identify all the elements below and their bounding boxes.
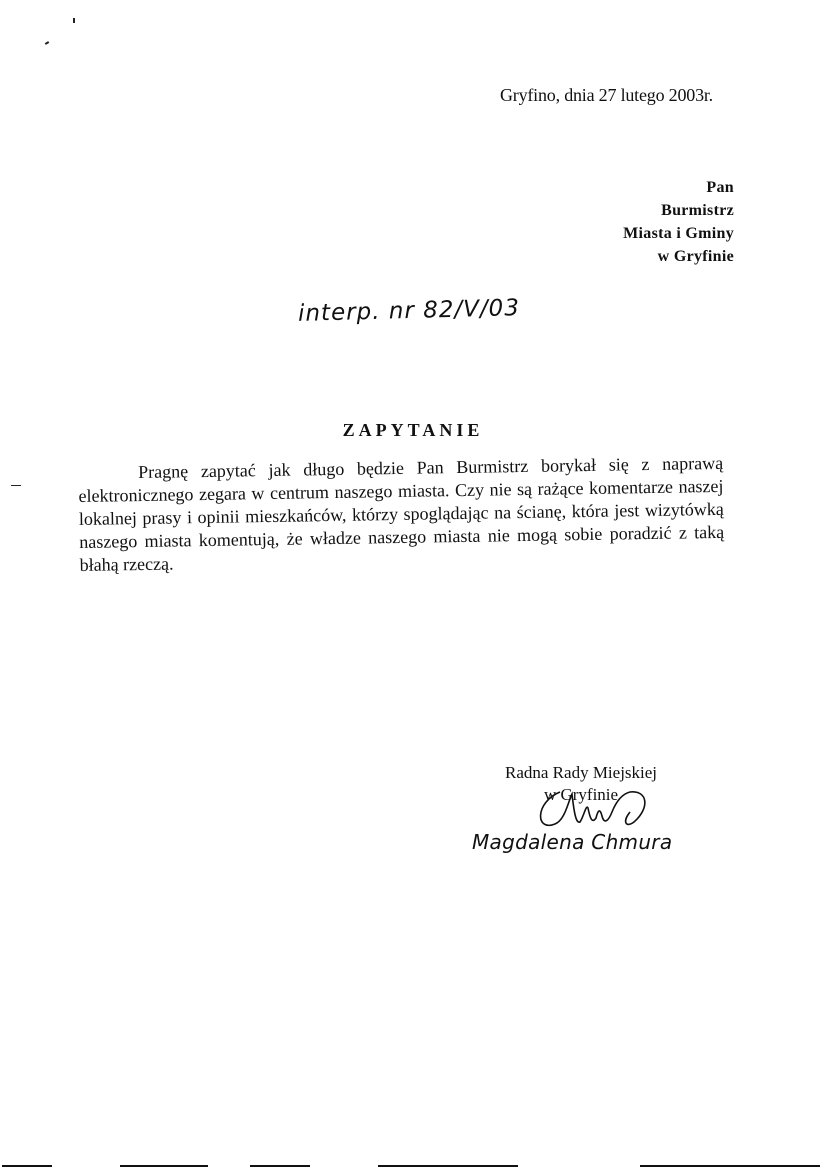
scan-border-line — [378, 1165, 518, 1167]
scan-border-line — [120, 1165, 208, 1167]
scan-speck — [73, 18, 75, 23]
scan-speck — [11, 485, 21, 486]
addressee-line: Miasta i Gminy — [623, 222, 734, 245]
body-paragraph: Pragnę zapytać jak długo będzie Pan Burm… — [78, 452, 725, 577]
scan-border-line — [2, 1165, 52, 1167]
addressee-line: Burmistrz — [623, 199, 734, 222]
scan-speck — [45, 41, 49, 45]
document-title: ZAPYTANIE — [0, 420, 826, 441]
handwritten-signature — [530, 782, 660, 832]
addressee-line: Pan — [623, 176, 734, 199]
addressee-block: Pan Burmistrz Miasta i Gminy w Gryfinie — [623, 176, 734, 268]
signatory-name: Magdalena Chmura — [472, 830, 672, 854]
signatory-role-line: Radna Rady Miejskiej — [505, 762, 657, 784]
scan-border-line — [640, 1165, 820, 1167]
handwritten-reference-note: interp. nr 82/V/03 — [298, 295, 521, 327]
scan-border-line — [250, 1165, 310, 1167]
addressee-line: w Gryfinie — [623, 245, 734, 268]
letter-body: Pragnę zapytać jak długo będzie Pan Burm… — [78, 452, 725, 577]
place-date: Gryfino, dnia 27 lutego 2003r. — [500, 85, 713, 106]
